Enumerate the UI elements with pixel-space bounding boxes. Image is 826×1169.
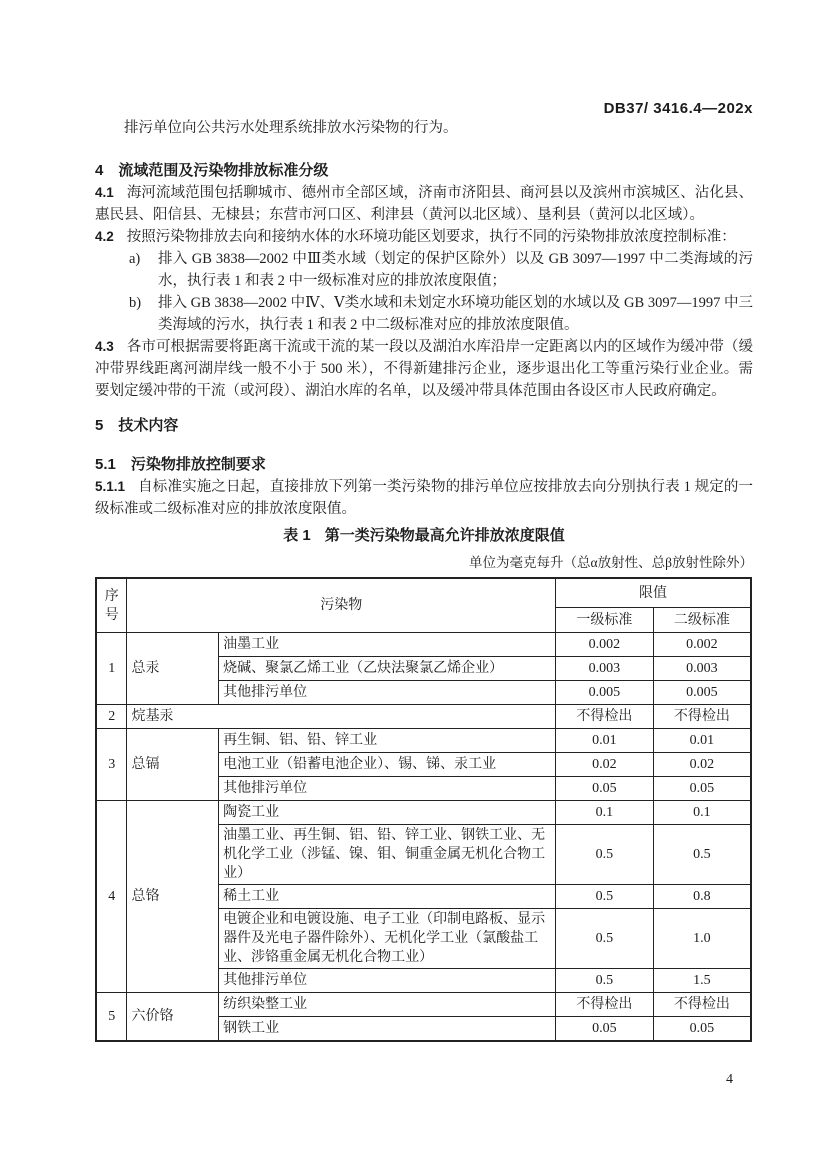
cell-grade1: 0.05	[555, 777, 653, 801]
cell-grade1: 0.02	[555, 753, 653, 777]
cell-grade2: 0.005	[653, 681, 751, 705]
cell-grade1: 0.5	[555, 885, 653, 909]
table1-row: 4总铬陶瓷工业0.10.1	[96, 801, 751, 825]
table1-header-limit: 限值	[555, 578, 751, 608]
cell-grade1: 0.5	[555, 909, 653, 969]
heading-5-1-number: 5.1	[95, 456, 116, 473]
heading-5-number: 5	[95, 417, 103, 434]
cell-seq: 2	[96, 705, 127, 729]
clause-4-2-text: 按照污染物排放去向和接纳水体的水环境功能区划要求，执行不同的污染物排放浓度控制标…	[127, 229, 736, 245]
cell-grade1: 0.5	[555, 825, 653, 885]
table1-header-seq: 序号	[96, 578, 127, 633]
cell-industry: 电镀企业和电镀设施、电子工业（印制电路板、显示器件及光电子器件除外）、无机化学工…	[219, 909, 556, 969]
table1-header-grade2: 二级标准	[653, 608, 751, 633]
table1-row: 5六价铬纺织染整工业不得检出不得检出	[96, 993, 751, 1017]
cell-grade2: 0.02	[653, 753, 751, 777]
paragraph-intro: 排污单位向公共污水处理系统排放水污染物的行为。	[95, 117, 753, 139]
cell-grade1: 不得检出	[555, 993, 653, 1017]
heading-5: 5技术内容	[95, 415, 753, 437]
cell-grade2: 1.5	[653, 969, 751, 993]
cell-grade2: 0.1	[653, 801, 751, 825]
cell-pollutant: 六价铬	[127, 993, 219, 1042]
cell-industry: 再生铜、铝、铅、锌工业	[219, 729, 556, 753]
cell-grade1: 0.01	[555, 729, 653, 753]
table1-row: 1总汞油墨工业0.0020.002	[96, 633, 751, 657]
cell-grade1: 0.005	[555, 681, 653, 705]
cell-grade1: 0.05	[555, 1017, 653, 1042]
cell-industry: 其他排污单位	[219, 681, 556, 705]
cell-grade2: 1.0	[653, 909, 751, 969]
table1-header-grade1: 一级标准	[555, 608, 653, 633]
cell-industry: 油墨工业、再生铜、铝、铅、锌工业、钢铁工业、无机化学工业（涉锰、镍、钼、铜重金属…	[219, 825, 556, 885]
cell-industry: 油墨工业	[219, 633, 556, 657]
clause-5-1-1: 5.1.1自标准实施之日起，直接排放下列第一类污染物的排污单位应按排放去向分别执…	[95, 476, 753, 520]
table1-header-row-1: 序号 污染物 限值	[96, 578, 751, 608]
page-content: DB37/ 3416.4—202x 排污单位向公共污水处理系统排放水污染物的行为…	[95, 0, 753, 1042]
cell-seq: 5	[96, 993, 127, 1042]
page-number: 4	[726, 1072, 733, 1088]
table1-caption-label: 表 1	[283, 527, 311, 544]
heading-5-1-title: 污染物排放控制要求	[131, 456, 266, 473]
cell-pollutant: 总铬	[127, 801, 219, 993]
heading-4-title: 流域范围及污染物排放标准分级	[118, 162, 328, 179]
cell-grade1: 0.002	[555, 633, 653, 657]
list-item-a-text: 排入 GB 3838—2002 中Ⅲ类水域（划定的保护区除外）以及 GB 309…	[158, 248, 753, 292]
cell-grade2: 0.003	[653, 657, 751, 681]
cell-grade1: 不得检出	[555, 705, 653, 729]
cell-grade1: 0.1	[555, 801, 653, 825]
table1: 序号 污染物 限值 一级标准 二级标准 1总汞油墨工业0.0020.002烧碱、…	[95, 577, 752, 1042]
table1-row: 3总镉再生铜、铝、铅、锌工业0.010.01	[96, 729, 751, 753]
cell-seq: 3	[96, 729, 127, 801]
doc-code: DB37/ 3416.4—202x	[95, 100, 753, 117]
cell-grade1: 0.5	[555, 969, 653, 993]
cell-pollutant: 总镉	[127, 729, 219, 801]
table1-row: 2烷基汞不得检出不得检出	[96, 705, 751, 729]
cell-grade2: 0.5	[653, 825, 751, 885]
table1-header-pollutant: 污染物	[127, 578, 555, 633]
clause-4-1-number: 4.1	[95, 185, 114, 200]
cell-grade2: 0.05	[653, 1017, 751, 1042]
cell-grade2: 0.8	[653, 885, 751, 909]
cell-grade2: 0.01	[653, 729, 751, 753]
cell-grade1: 0.003	[555, 657, 653, 681]
clause-4-2: 4.2按照污染物排放去向和接纳水体的水环境功能区划要求，执行不同的污染物排放浓度…	[95, 226, 753, 248]
clause-4-3: 4.3各市可根据需要将距离干流或干流的某一段以及湖泊水库沿岸一定距离以内的区域作…	[95, 336, 753, 402]
heading-5-title: 技术内容	[118, 417, 178, 434]
cell-pollutant: 烷基汞	[127, 705, 555, 729]
cell-industry: 烧碱、聚氯乙烯工业（乙炔法聚氯乙烯企业）	[219, 657, 556, 681]
cell-industry: 陶瓷工业	[219, 801, 556, 825]
clause-4-3-text: 各市可根据需要将距离干流或干流的某一段以及湖泊水库沿岸一定距离以内的区域作为缓冲…	[95, 339, 753, 399]
cell-grade2: 不得检出	[653, 705, 751, 729]
table1-caption-title: 第一类污染物最高允许排放浓度限值	[325, 527, 565, 544]
cell-pollutant: 总汞	[127, 633, 219, 705]
cell-industry: 其他排污单位	[219, 969, 556, 993]
heading-5-1: 5.1污染物排放控制要求	[95, 454, 753, 476]
cell-industry: 其他排污单位	[219, 777, 556, 801]
clause-5-1-1-text: 自标准实施之日起，直接排放下列第一类污染物的排污单位应按排放去向分别执行表 1 …	[95, 479, 753, 517]
list-item-a-marker: a)	[129, 248, 158, 292]
cell-grade2: 0.002	[653, 633, 751, 657]
cell-industry: 电池工业（铅蓄电池企业）、锡、锑、汞工业	[219, 753, 556, 777]
table1-unit-note: 单位为毫克每升（总α放射性、总β放射性除外）	[95, 554, 753, 572]
document-page: DB37/ 3416.4—202x 排污单位向公共污水处理系统排放水污染物的行为…	[0, 0, 826, 1169]
clause-4-1-text: 海河流域范围包括聊城市、德州市全部区域，济南市济阳县、商河县以及滨州市滨城区、沾…	[95, 185, 753, 223]
cell-grade2: 0.05	[653, 777, 751, 801]
table1-head: 序号 污染物 限值 一级标准 二级标准	[96, 578, 751, 633]
list-item-b-text: 排入 GB 3838—2002 中Ⅳ、Ⅴ类水域和未划定水环境功能区划的水域以及 …	[158, 292, 753, 336]
cell-industry: 稀土工业	[219, 885, 556, 909]
heading-4-number: 4	[95, 162, 103, 179]
cell-seq: 1	[96, 633, 127, 705]
clause-4-3-number: 4.3	[95, 339, 114, 354]
list-item-b-marker: b)	[129, 292, 158, 336]
cell-seq: 4	[96, 801, 127, 993]
cell-grade2: 不得检出	[653, 993, 751, 1017]
list-item-a: a) 排入 GB 3838—2002 中Ⅲ类水域（划定的保护区除外）以及 GB …	[95, 248, 753, 292]
list-item-b: b) 排入 GB 3838—2002 中Ⅳ、Ⅴ类水域和未划定水环境功能区划的水域…	[95, 292, 753, 336]
table1-body: 1总汞油墨工业0.0020.002烧碱、聚氯乙烯工业（乙炔法聚氯乙烯企业）0.0…	[96, 633, 751, 1042]
cell-industry: 钢铁工业	[219, 1017, 556, 1042]
table1-caption: 表 1第一类污染物最高允许排放浓度限值	[95, 526, 753, 546]
clause-4-2-number: 4.2	[95, 229, 114, 244]
clause-5-1-1-number: 5.1.1	[95, 479, 125, 494]
heading-4: 4流域范围及污染物排放标准分级	[95, 160, 753, 182]
cell-industry: 纺织染整工业	[219, 993, 556, 1017]
clause-4-1: 4.1海河流域范围包括聊城市、德州市全部区域，济南市济阳县、商河县以及滨州市滨城…	[95, 182, 753, 226]
